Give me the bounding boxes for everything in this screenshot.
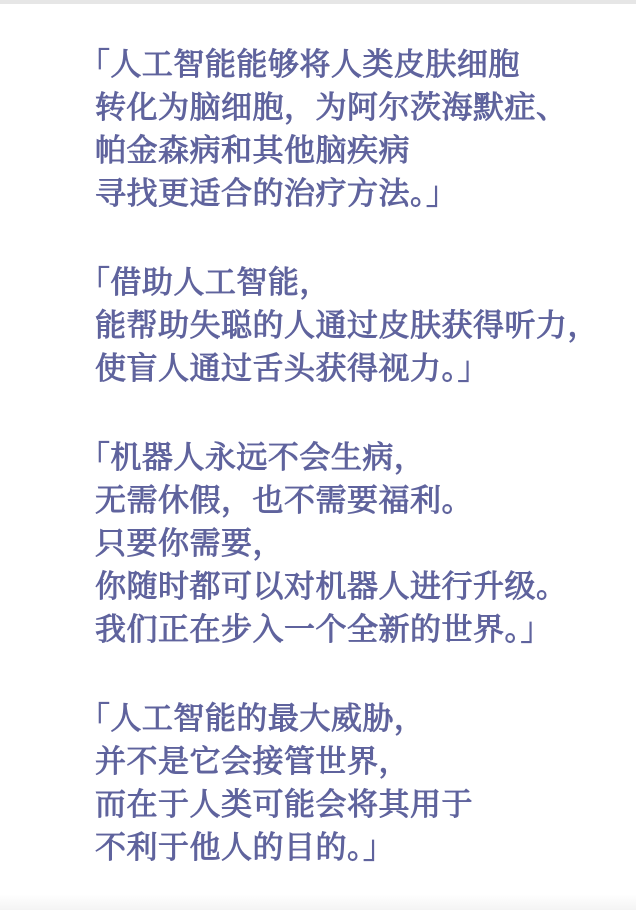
- quote-line: 「人工智能能够将人类皮肤细胞: [95, 43, 606, 86]
- quote-line: 寻找更适合的治疗方法。」: [95, 172, 606, 215]
- quote-line: 「人工智能的最大威胁，: [95, 697, 606, 740]
- quote-line: 能帮助失聪的人通过皮肤获得听力，: [95, 304, 606, 347]
- quote-block: 「借助人工智能，能帮助失聪的人通过皮肤获得听力，使盲人通过舌头获得视力。」: [95, 261, 606, 390]
- quotes-list: 「人工智能能够将人类皮肤细胞转化为脑细胞，为阿尔茨海默症、帕金森病和其他脑疾病寻…: [0, 4, 636, 910]
- quote-block: 「人工智能能够将人类皮肤细胞转化为脑细胞，为阿尔茨海默症、帕金森病和其他脑疾病寻…: [95, 43, 606, 215]
- quote-line: 使盲人通过舌头获得视力。」: [95, 347, 606, 390]
- quote-line: 只要你需要，: [95, 522, 606, 565]
- quote-line: 并不是它会接管世界，: [95, 740, 606, 783]
- quote-line: 不利于他人的目的。」: [95, 826, 606, 869]
- quote-block: 「机器人永远不会生病，无需休假，也不需要福利。只要你需要，你随时都可以对机器人进…: [95, 436, 606, 651]
- quote-line: 「借助人工智能，: [95, 261, 606, 304]
- quote-line: 你随时都可以对机器人进行升级。: [95, 565, 606, 608]
- quote-line: 帕金森病和其他脑疾病: [95, 129, 606, 172]
- quote-block: 「人工智能的最大威胁，并不是它会接管世界，而在于人类可能会将其用于不利于他人的目…: [95, 697, 606, 869]
- quote-line: 「机器人永远不会生病，: [95, 436, 606, 479]
- quote-line: 无需休假，也不需要福利。: [95, 479, 606, 522]
- quote-line: 转化为脑细胞，为阿尔茨海默症、: [95, 86, 606, 129]
- quote-line: 而在于人类可能会将其用于: [95, 783, 606, 826]
- quote-page: 「人工智能能够将人类皮肤细胞转化为脑细胞，为阿尔茨海默症、帕金森病和其他脑疾病寻…: [0, 0, 636, 910]
- quote-line: 我们正在步入一个全新的世界。」: [95, 608, 606, 651]
